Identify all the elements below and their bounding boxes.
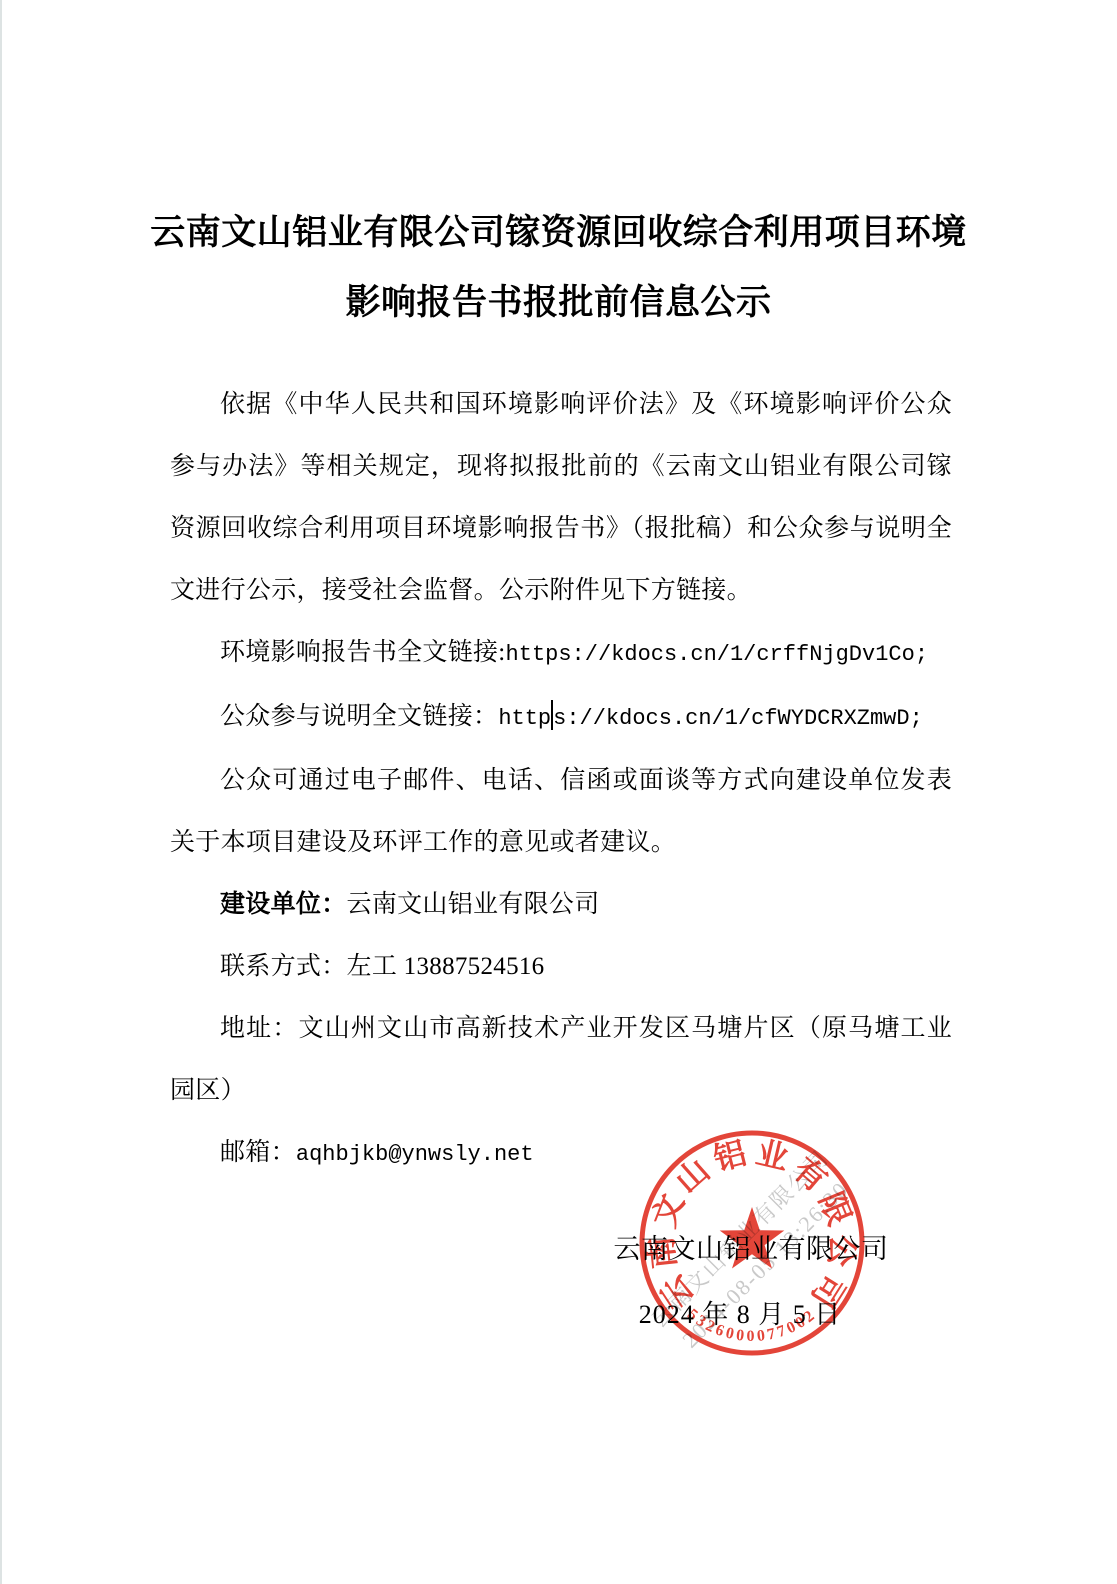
document-title-line1: 云南文山铝业有限公司镓资源回收综合利用项目环境: [0, 198, 1117, 268]
stamp-code: 5326000077002: [684, 1306, 820, 1345]
participation-url-after-caret: s://kdocs.cn/1/cfWYDCRXZmwD;: [553, 706, 923, 731]
participation-link-url[interactable]: https://kdocs.cn/1/cfWYDCRXZmwD;: [498, 706, 922, 731]
stamp-star-icon: [720, 1207, 785, 1269]
row-contact: 联系方式：左工 13887524516: [170, 936, 952, 998]
address-label: 地址：: [220, 1015, 299, 1042]
paragraph-feedback: 公众可通过电子邮件、电话、信函或面谈等方式向建设单位发表关于本项目建设及环评工作…: [170, 750, 952, 874]
builder-value: 云南文山铝业有限公司: [347, 891, 600, 918]
company-seal-stamp: 云南文山铝业有限公司 5326000077002: [637, 1128, 867, 1358]
document-page: 云南文山铝业有限公司镓资源回收综合利用项目环境 影响报告书报批前信息公示 依据《…: [0, 0, 1117, 1584]
builder-label: 建设单位：: [220, 891, 347, 918]
row-address: 地址：文山州文山市高新技术产业开发区马塘片区（原马塘工业园区）: [170, 998, 952, 1122]
row-builder: 建设单位：云南文山铝业有限公司: [170, 874, 952, 936]
document-title: 云南文山铝业有限公司镓资源回收综合利用项目环境 影响报告书报批前信息公示: [0, 198, 1117, 338]
report-link-url[interactable]: https://kdocs.cn/1/crffNjgDv1Co;: [506, 642, 928, 667]
contact-value: 左工 13887524516: [347, 953, 545, 980]
participation-url-before-caret: http: [498, 706, 551, 731]
paragraph-report-link: 环境影响报告书全文链接:https://kdocs.cn/1/crffNjgDv…: [170, 622, 952, 686]
document-body: 依据《中华人民共和国环境影响评价法》及《环境影响评价公众参与办法》等相关规定，现…: [170, 374, 952, 1186]
report-link-label: 环境影响报告书全文链接:: [220, 639, 506, 666]
email-label: 邮箱：: [220, 1139, 296, 1166]
contact-label: 联系方式：: [220, 953, 347, 980]
participation-link-label: 公众参与说明全文链接：: [220, 703, 498, 730]
paragraph-intro: 依据《中华人民共和国环境影响评价法》及《环境影响评价公众参与办法》等相关规定，现…: [170, 374, 952, 622]
document-title-line2: 影响报告书报批前信息公示: [0, 268, 1117, 338]
email-value: aqhbjkb@ynwsly.net: [296, 1142, 534, 1167]
paragraph-participation-link: 公众参与说明全文链接：https://kdocs.cn/1/cfWYDCRXZm…: [170, 686, 952, 750]
